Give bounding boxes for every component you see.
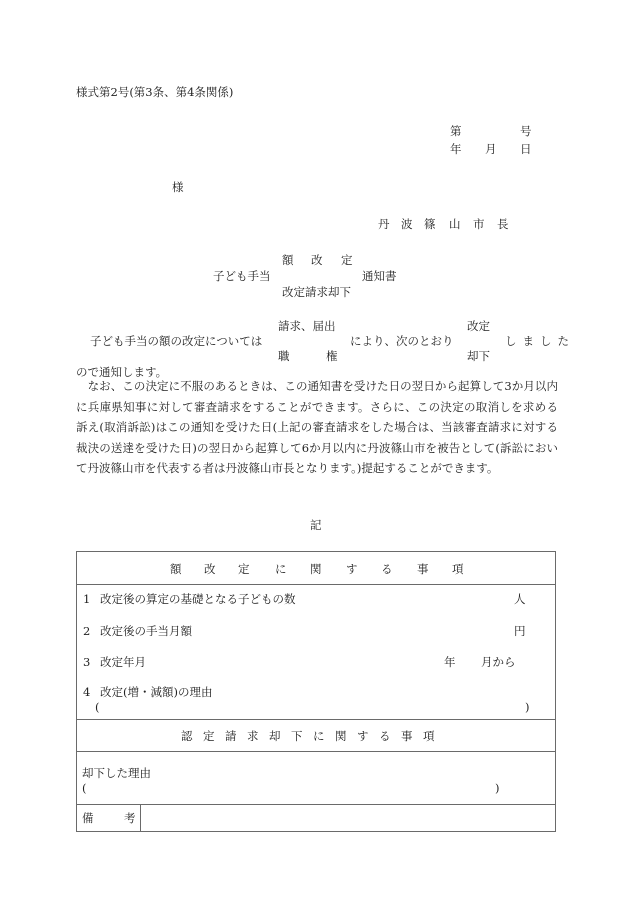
date-year: 年: [450, 142, 462, 156]
details-table: 額 改 定 に 関 す る 事 項 1 改定後の算定の基礎となる子どもの数 人 …: [76, 551, 556, 832]
divider: [77, 584, 555, 585]
recipient-suffix: 様: [172, 180, 184, 194]
divider: [77, 751, 555, 752]
appeal-notice-paragraph: なお、この決定に不服のあるときは、この通知書を受けた日の翌日から起算して3か月以…: [76, 376, 558, 479]
divider: [77, 804, 555, 805]
divider: [140, 804, 141, 832]
form-number: 様式第2号(第3条、第4条関係): [76, 85, 233, 99]
doc-number-prefix: 第: [450, 124, 462, 138]
ki-label: 記: [310, 518, 322, 532]
date-month: 月: [485, 142, 497, 156]
divider: [77, 719, 555, 720]
date-day: 日: [520, 142, 532, 156]
doc-number-suffix: 号: [520, 124, 532, 138]
